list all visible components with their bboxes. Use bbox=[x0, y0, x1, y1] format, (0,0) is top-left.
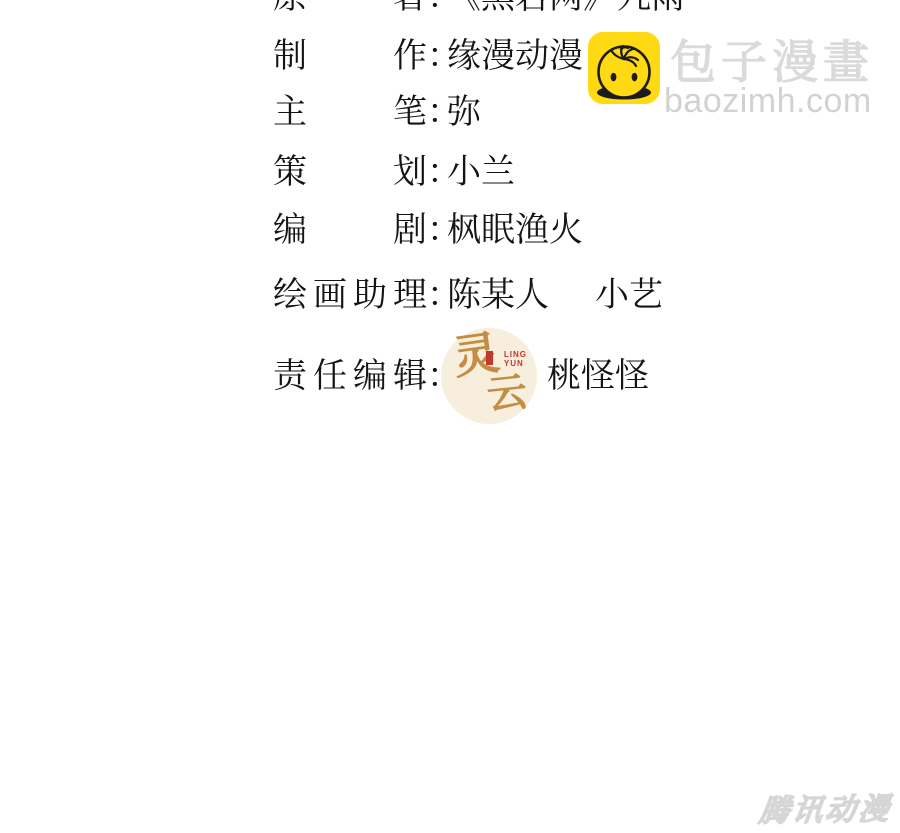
credit-value: 《黑岩网》九雨 bbox=[447, 0, 685, 15]
credit-row-production: 制作 ： 缘漫动漫 bbox=[273, 38, 583, 74]
credit-role-label: 编剧 bbox=[273, 212, 427, 248]
credit-value: 陈某人 bbox=[447, 277, 549, 313]
credit-role-label: 绘画助理 bbox=[273, 277, 427, 313]
lingyun-char-yun: 云 bbox=[485, 372, 529, 416]
lingyun-latin-line2: YUN bbox=[504, 359, 524, 368]
credit-value-group: 陈某人 小艺 bbox=[447, 277, 663, 313]
credit-row-editor: 责任编辑 ： 灵 云 LING YUN 桃怪怪 bbox=[273, 328, 649, 424]
tencent-comics-watermark: 腾讯动漫 bbox=[757, 784, 895, 830]
credit-row-original-author: 原著 ： 《黑岩网》九雨 bbox=[273, 0, 685, 15]
credit-role-label: 制作 bbox=[273, 38, 427, 74]
credit-row-screenwriter: 编剧 ： 枫眠渔火 bbox=[273, 212, 583, 248]
credit-colon: ： bbox=[427, 277, 447, 313]
credit-colon: ： bbox=[427, 0, 447, 15]
baozi-bun-logo-icon bbox=[588, 32, 660, 104]
credit-value: 弥 bbox=[447, 94, 481, 130]
credit-value: 缘漫动漫 bbox=[447, 38, 583, 74]
credit-role-label: 主笔 bbox=[273, 94, 427, 130]
credit-colon: ： bbox=[427, 154, 447, 190]
credit-row-art-assistants: 绘画助理 ： 陈某人 小艺 bbox=[273, 277, 663, 313]
credit-value: 桃怪怪 bbox=[547, 358, 649, 394]
credit-colon: ： bbox=[427, 212, 447, 248]
credit-value: 枫眠渔火 bbox=[447, 212, 583, 248]
lingyun-latin-label: LING YUN bbox=[504, 350, 527, 368]
credit-row-planner: 策划 ： 小兰 bbox=[273, 154, 515, 190]
baozimh-domain-text: baozimh.com bbox=[664, 83, 872, 119]
credit-value: 小兰 bbox=[447, 154, 515, 190]
credit-role-label: 原著 bbox=[273, 0, 427, 15]
lingyun-studio-stamp: 灵 云 LING YUN bbox=[441, 328, 537, 424]
baozimh-watermark: 包子漫畫 baozimh.com bbox=[588, 30, 900, 118]
lingyun-latin-line1: LING bbox=[504, 350, 527, 359]
baozimh-brand-text: 包子漫畫 bbox=[670, 38, 874, 86]
credit-value: 小艺 bbox=[595, 277, 663, 313]
credit-role-label: 策划 bbox=[273, 154, 427, 190]
red-seal-icon bbox=[486, 351, 493, 365]
credit-colon: ： bbox=[427, 38, 447, 74]
credit-colon: ： bbox=[427, 94, 447, 130]
comic-credits-page: 原著 ： 《黑岩网》九雨 制作 ： 缘漫动漫 主笔 ： 弥 策划 ： 小兰 编剧… bbox=[0, 0, 900, 833]
credit-role-label: 责任编辑 bbox=[273, 358, 427, 394]
credit-row-lead-artist: 主笔 ： 弥 bbox=[273, 94, 481, 130]
